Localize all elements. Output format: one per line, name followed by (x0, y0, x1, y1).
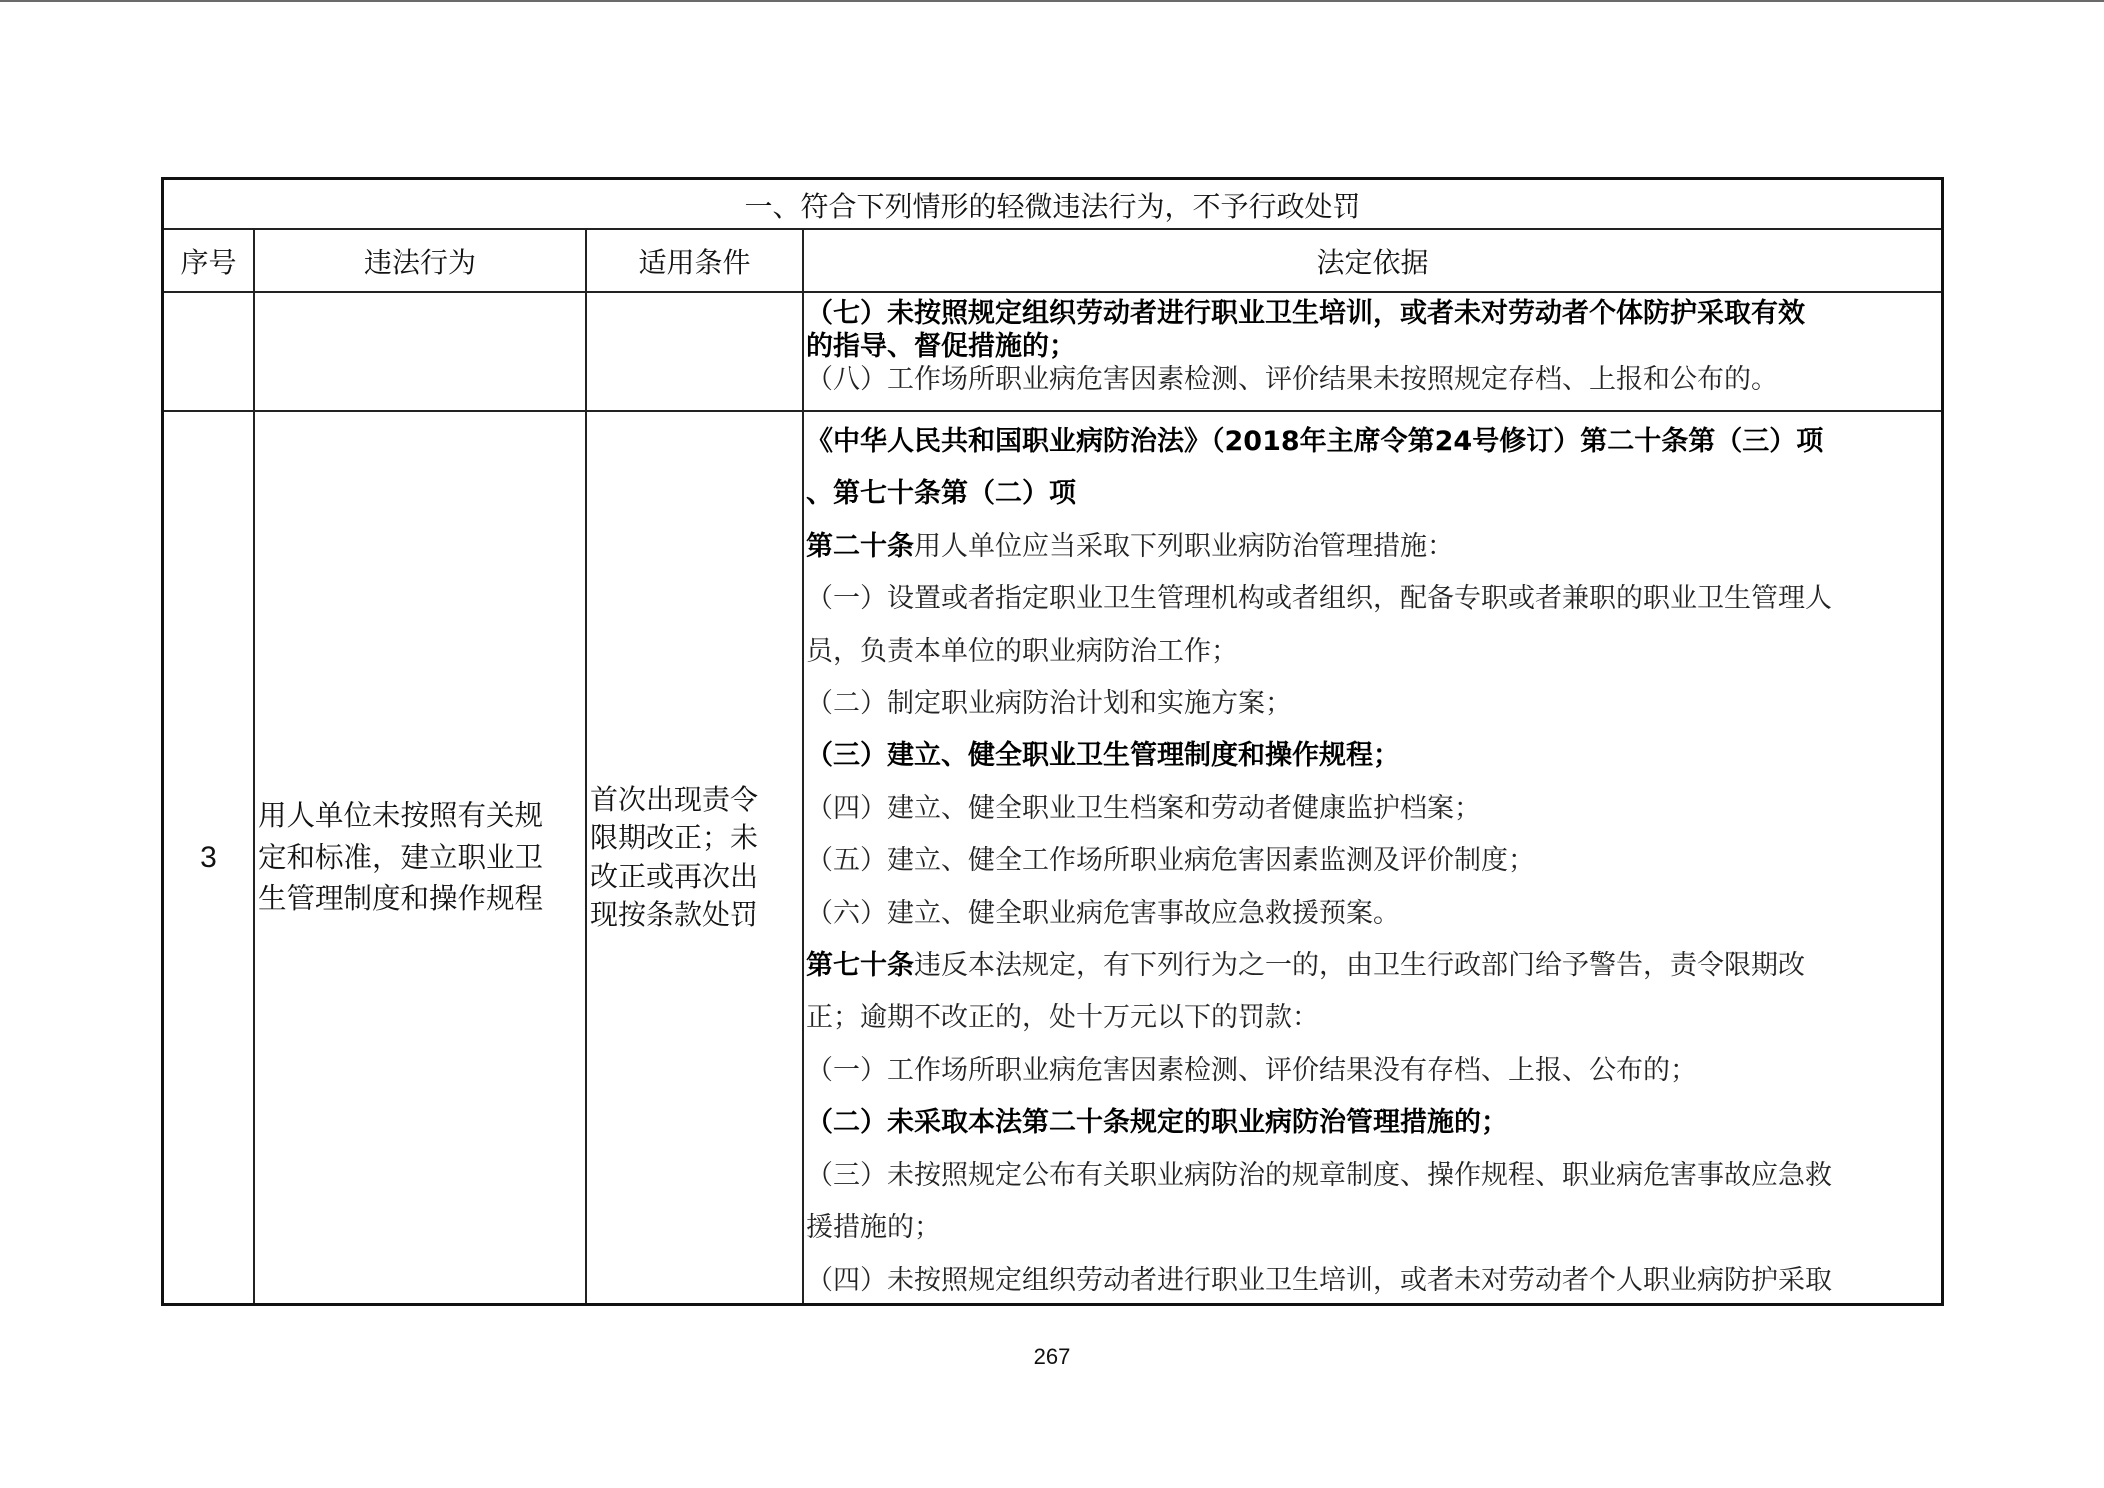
continued-condition-cell (587, 293, 802, 410)
section-title: 一、符合下列情形的轻微违法行为，不予行政处罚 (164, 180, 1941, 229)
basis-line: （四）未按照规定组织劳动者进行职业卫生培训，或者未对劳动者个人职业病防护采取 (806, 1255, 1941, 1304)
behavior-line: 定和标准，建立职业卫 (258, 837, 543, 879)
basis-line: （一）工作场所职业病危害因素检测、评价结果没有存档、上报、公布的； (806, 1045, 1941, 1097)
basis-line: （二）制定职业病防治计划和实施方案； (806, 678, 1941, 730)
basis-line: 援措施的； (806, 1202, 1941, 1254)
basis-line-article-20: 第二十条用人单位应当采取下列职业病防治管理措施： (806, 521, 1941, 573)
continued-behavior-cell (255, 293, 585, 410)
condition-line: 限期改正；未 (590, 819, 758, 858)
row3-seq-cell: 3 (164, 412, 253, 1303)
continued-seq-cell (164, 293, 253, 410)
behavior-line: 用人单位未按照有关规 (258, 795, 543, 837)
basis-line: 正；逾期不改正的，处十万元以下的罚款： (806, 992, 1941, 1044)
header-legal-basis: 法定依据 (804, 230, 1941, 292)
row3-behavior-cell: 用人单位未按照有关规 定和标准，建立职业卫 生管理制度和操作规程 (255, 412, 585, 1303)
basis-line: （一）设置或者指定职业卫生管理机构或者组织，配备专职或者兼职的职业卫生管理人 (806, 573, 1941, 625)
basis-line-law-title: 《中华人民共和国职业病防治法》（2018年主席令第24号修订）第二十条第（三）项 (806, 416, 1941, 468)
continued-legal-basis-cell: （七）未按照规定组织劳动者进行职业卫生培训，或者未对劳动者个体防护采取有效 的指… (804, 293, 1941, 410)
condition-line: 现按条款处罚 (590, 896, 758, 935)
condition-line: 改正或再次出 (590, 858, 758, 897)
header-behavior: 违法行为 (255, 230, 585, 292)
penalty-table: 一、符合下列情形的轻微违法行为，不予行政处罚 序号 违法行为 适用条件 法定依据… (161, 177, 1944, 1306)
basis-line: （八）工作场所职业病危害因素检测、评价结果未按照规定存档、上报和公布的。 (806, 363, 1941, 396)
basis-line-law-title-cont: 、第七十条第（二）项 (806, 468, 1941, 520)
basis-line: （五）建立、健全工作场所职业病危害因素监测及评价制度； (806, 835, 1941, 887)
top-rule (0, 0, 2104, 2)
header-condition: 适用条件 (587, 230, 802, 292)
basis-line: 员，负责本单位的职业病防治工作； (806, 626, 1941, 678)
behavior-line: 生管理制度和操作规程 (258, 878, 543, 920)
row3-condition-cell: 首次出现责令 限期改正；未 改正或再次出 现按条款处罚 (587, 412, 802, 1303)
basis-line: （六）建立、健全职业病危害事故应急救援预案。 (806, 888, 1941, 940)
basis-line-article-70: 第七十条违反本法规定，有下列行为之一的，由卫生行政部门给予警告，责令限期改 (806, 940, 1941, 992)
basis-line-highlighted: （二）未采取本法第二十条规定的职业病防治管理措施的； (806, 1097, 1941, 1149)
basis-line: （四）建立、健全职业卫生档案和劳动者健康监护档案； (806, 783, 1941, 835)
basis-line: 的指导、督促措施的； (806, 330, 1941, 363)
basis-line-highlighted: （三）建立、健全职业卫生管理制度和操作规程； (806, 730, 1941, 782)
header-seq: 序号 (164, 230, 253, 292)
basis-line: （七）未按照规定组织劳动者进行职业卫生培训，或者未对劳动者个体防护采取有效 (806, 297, 1941, 330)
row3-legal-basis-cell: 《中华人民共和国职业病防治法》（2018年主席令第24号修订）第二十条第（三）项… (804, 412, 1941, 1303)
condition-line: 首次出现责令 (590, 781, 758, 820)
page-number: 267 (1002, 1344, 1102, 1370)
basis-line: （三）未按照规定公布有关职业病防治的规章制度、操作规程、职业病危害事故应急救 (806, 1150, 1941, 1202)
